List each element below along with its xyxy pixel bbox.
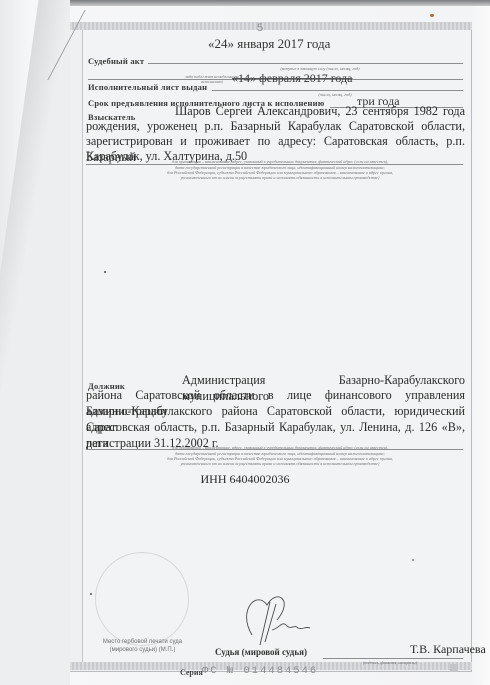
court-seal-placeholder [95, 552, 189, 646]
court-act-line [148, 63, 463, 64]
form-top-border-band [60, 22, 472, 30]
court-act-date: «24» января 2017 года [208, 36, 330, 52]
writ-issued-date: «14» февраля 2017 года [232, 71, 352, 86]
form-marker-square [450, 664, 458, 672]
judge-hint: (подпись, фамилия, инициалы) [355, 660, 425, 665]
judge-signature-line [323, 658, 463, 659]
scan-speck [90, 593, 92, 595]
claimant-line-2: рождения, уроженец р.п. Базарный Карабул… [86, 119, 465, 135]
claimant-hint-2: для организации – наименование, адрес, у… [100, 159, 460, 164]
debtor-inn: ИНН 6404002036 [0, 472, 490, 487]
debtor-hint-1: для организации – наименование, адрес, у… [100, 445, 460, 450]
series-number: ФС № 014484546 [202, 665, 318, 677]
debtor-hint-4: уполномоченного от их имени осуществлять… [100, 461, 460, 466]
stamp-caption: Место гербовой печати суда (мирового суд… [90, 638, 195, 654]
claimant-line-1: Шаров Сергей Александрович, 23 сентября … [175, 104, 465, 120]
writ-issued-line [212, 90, 463, 91]
scan-speck [104, 271, 106, 273]
stamp-caption-line-2: (мирового судьи) (М.П.) [90, 646, 195, 654]
writ-issued-hint: (число, месяц, год) [305, 92, 365, 97]
page-number: 5 [257, 22, 263, 34]
judge-name: Т.В. Карпачева [410, 642, 486, 657]
scan-speck [430, 14, 434, 17]
scan-top-edge-shadow [55, 0, 490, 6]
scan-speck [412, 559, 414, 561]
claimant-hint-5: уполномоченного от их имени осуществлять… [100, 175, 460, 180]
judge-label: Судья (мировой судья) [215, 647, 307, 657]
stamp-caption-line-1: Место гербовой печати суда [90, 638, 195, 646]
court-act-label: Судебный акт [88, 56, 144, 66]
series-label: Серия [180, 668, 203, 677]
judge-signature [232, 590, 312, 650]
writ-issued-label: Исполнительный лист выдан [88, 82, 207, 92]
